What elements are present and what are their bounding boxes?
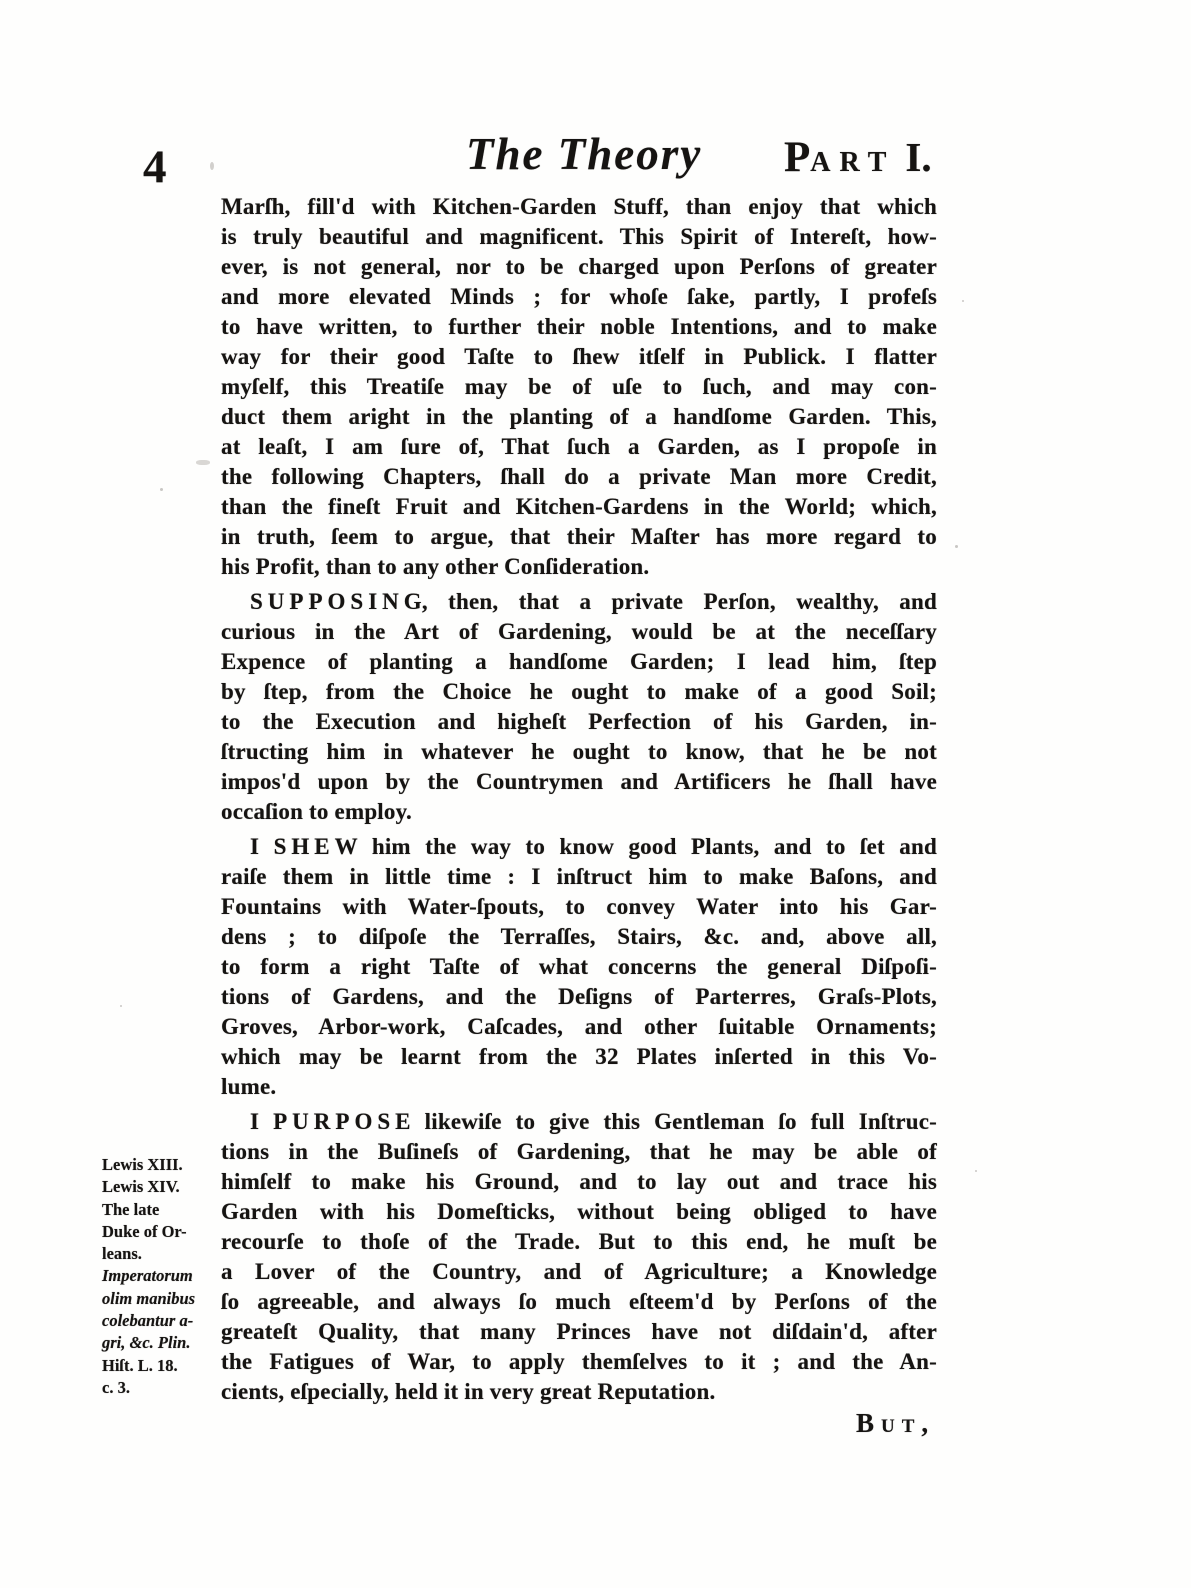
margin-note-line: Duke of Or- (102, 1221, 234, 1243)
text-line: lume. (221, 1072, 937, 1102)
text-line: than the fineſt Fruit and Kitchen-Garden… (221, 492, 937, 522)
text-line: greateſt Quality, that many Princes have… (221, 1317, 937, 1347)
text-line: and more elevated Minds ; for whoſe ſake… (221, 282, 937, 312)
text-line: is truly beautiful and magnificent. This… (221, 222, 937, 252)
scan-speck (160, 488, 163, 491)
scan-speck (955, 545, 958, 548)
text-line: which may be learnt from the 32 Plates i… (221, 1042, 937, 1072)
book-page-scan: 4 The Theory PARTI. Marſh, fill'd with K… (0, 0, 1191, 1588)
catchword: But, (856, 1408, 935, 1439)
text-line: his Profit, than to any other Conſiderat… (221, 552, 937, 582)
part-label-initial: P (784, 134, 810, 181)
text-line: the Fatigues of War, to apply themſelves… (221, 1347, 937, 1377)
text-line: myſelf, this Treatiſe may be of uſe to ſ… (221, 372, 937, 402)
text-line: occaſion to employ. (221, 797, 937, 827)
text-line: to form a right Taſte of what concerns t… (221, 952, 937, 982)
paragraph: S U P P O S I N G, then, that a private … (221, 587, 937, 827)
margin-notes: Lewis XIII.Lewis XIV.The lateDuke of Or-… (102, 1154, 234, 1399)
margin-note-line: The late (102, 1199, 234, 1221)
text-line: ſtructing him in whatever he ought to kn… (221, 737, 937, 767)
margin-note-line: olim manibus (102, 1288, 234, 1310)
text-line: cients, eſpecially, held it in very grea… (221, 1377, 937, 1407)
paragraph: I S H E W him the way to know good Plant… (221, 832, 937, 1102)
text-line: way for their good Taſte to ſhew itſelf … (221, 342, 937, 372)
text-line: Garden with his Domeſticks, without bein… (221, 1197, 937, 1227)
text-line: duct them aright in the planting of a ha… (221, 402, 937, 432)
text-line: dens ; to diſpoſe the Terraſſes, Stairs,… (221, 922, 937, 952)
text-line: in truth, ſeem to argue, that their Maſt… (221, 522, 937, 552)
text-line: by ſtep, from the Choice he ought to mak… (221, 677, 937, 707)
text-line: S U P P O S I N G, then, that a private … (221, 587, 937, 617)
scan-speck (975, 1170, 977, 1172)
text-line: himſelf to make his Ground, and to lay o… (221, 1167, 937, 1197)
part-label-rest: ART (810, 147, 895, 178)
paragraph: Marſh, fill'd with Kitchen-Garden Stuff,… (221, 192, 937, 582)
text-line: Groves, Arbor-work, Caſcades, and other … (221, 1012, 937, 1042)
margin-note-line: Lewis XIV. (102, 1176, 234, 1198)
text-line: ſo agreeable, and always ſo much eſteem'… (221, 1287, 937, 1317)
text-line: I S H E W him the way to know good Plant… (221, 832, 937, 862)
margin-note-line: Imperatorum (102, 1265, 234, 1287)
text-line: curious in the Art of Gardening, would b… (221, 617, 937, 647)
margin-note-line: c. 3. (102, 1377, 234, 1399)
margin-note-line: Hiſt. L. 18. (102, 1355, 234, 1377)
text-line: to have written, to further their noble … (221, 312, 937, 342)
scan-speck (120, 1005, 122, 1007)
scan-speck (962, 300, 964, 302)
text-line: a Lover of the Country, and of Agricultu… (221, 1257, 937, 1287)
text-line: tions of Gardens, and the Deſigns of Par… (221, 982, 937, 1012)
running-title: The Theory (466, 128, 702, 180)
page-number: 4 (143, 140, 167, 194)
text-line: to the Execution and higheſt Perfection … (221, 707, 937, 737)
scan-speck (210, 162, 214, 170)
margin-note-line: colebantur a- (102, 1310, 234, 1332)
text-line: raiſe them in little time : I inſtruct h… (221, 862, 937, 892)
body-text: Marſh, fill'd with Kitchen-Garden Stuff,… (221, 192, 937, 1412)
text-line: impos'd upon by the Countrymen and Artif… (221, 767, 937, 797)
text-line: ever, is not general, nor to be charged … (221, 252, 937, 282)
paragraph: I P U R P O S E likewiſe to give this Ge… (221, 1107, 937, 1407)
scan-speck (196, 460, 210, 465)
text-line: the following Chapters, ſhall do a priva… (221, 462, 937, 492)
margin-note-line: Lewis XIII. (102, 1154, 234, 1176)
text-line: recourſe to thoſe of the Trade. But to t… (221, 1227, 937, 1257)
text-line: Expence of planting a handſome Garden; I… (221, 647, 937, 677)
text-line: Fountains with Water-ſpouts, to convey W… (221, 892, 937, 922)
margin-note-line: leans. (102, 1243, 234, 1265)
text-line: at leaſt, I am ſure of, That ſuch a Gard… (221, 432, 937, 462)
part-label: PARTI. (784, 133, 932, 182)
part-label-numeral: I. (905, 134, 931, 180)
margin-note-line: gri, &c. Plin. (102, 1332, 234, 1354)
text-line: tions in the Buſineſs of Gardening, that… (221, 1137, 937, 1167)
text-line: Marſh, fill'd with Kitchen-Garden Stuff,… (221, 192, 937, 222)
text-line: I P U R P O S E likewiſe to give this Ge… (221, 1107, 937, 1137)
